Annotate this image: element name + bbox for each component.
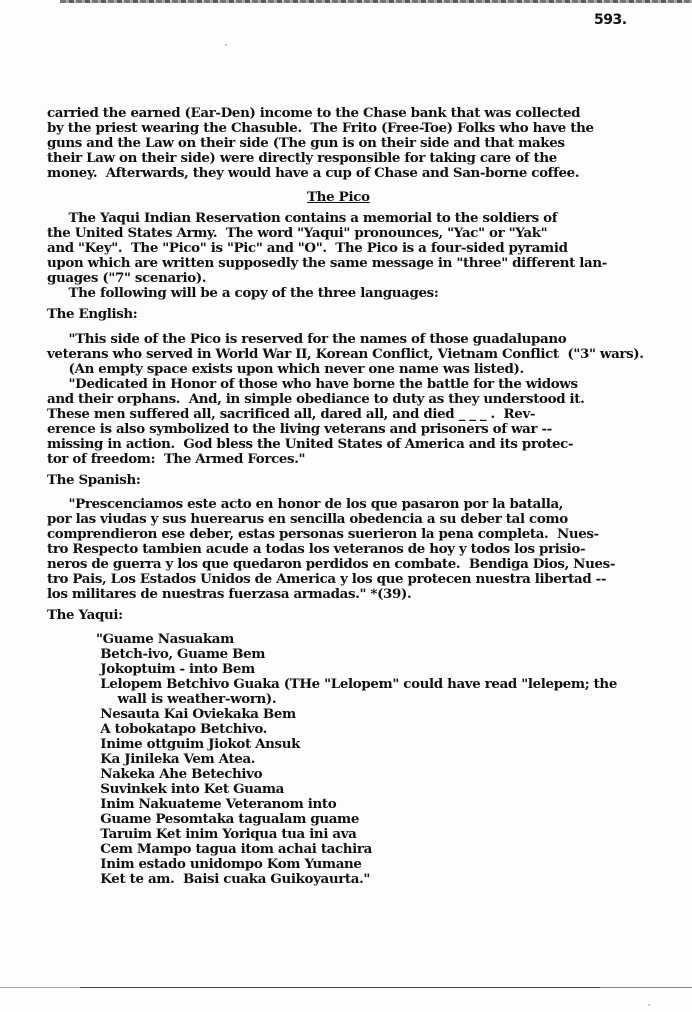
text-line: "Guame Nasuakam <box>96 632 234 647</box>
text-line: comprendieron ese deber, estas personas … <box>47 527 599 542</box>
page-number: 593. <box>594 12 627 28</box>
text-line: tro Pais, Los Estados Unidos de America … <box>47 572 606 587</box>
text-line: by the priest wearing the Chasuble. The … <box>47 121 594 136</box>
text-line: Guame Pesomtaka tagualam guame <box>96 812 359 827</box>
text-line: los militares de nuestras fuerzasa armad… <box>47 587 411 602</box>
text-line: Inim estado unidompo Kom Yumane <box>96 857 362 872</box>
scan-speck <box>648 1004 650 1006</box>
text-line: and "Key". The "Pico" is "Pic" and "O". … <box>47 241 568 256</box>
text-line: upon which are written supposedly the sa… <box>47 256 607 271</box>
text-line: veterans who served in World War II, Kor… <box>47 347 644 362</box>
text-line: Ka Jinileka Vem Atea. <box>96 752 255 767</box>
text-line: Nesauta Kai Oviekaka Bem <box>96 707 296 722</box>
text-line: Nakeka Ahe Betechivo <box>96 767 262 782</box>
page-bottom-rule <box>0 987 692 988</box>
text-line: erence is also symbolized to the living … <box>47 422 552 437</box>
text-line: (An empty space exists upon which never … <box>47 362 524 377</box>
text-line: Betch-ivo, Guame Bem <box>96 647 265 662</box>
text-line: Suvinkek into Ket Guama <box>96 782 284 797</box>
text-line: missing in action. God bless the United … <box>47 437 573 452</box>
text-line: their Law on their side) were directly r… <box>47 151 557 166</box>
text-line: tor of freedom: The Armed Forces." <box>47 452 305 467</box>
text-line: Inim Nakuateme Veteranom into <box>96 797 336 812</box>
text-line: guns and the Law on their side (The gun … <box>47 136 565 151</box>
text-line: A tobokatapo Betchivo. <box>96 722 267 737</box>
text-line: "Dedicated in Honor of those who have bo… <box>47 377 578 392</box>
text-line: money. Afterwards, they would have a cup… <box>47 166 579 181</box>
text-line: Inime ottguim Jiokot Ansuk <box>96 737 300 752</box>
text-line: and their orphans. And, in simple obedia… <box>47 392 584 407</box>
text-line: por las viudas y sus huerearus en sencil… <box>47 512 568 527</box>
text-line: Taruim Ket inim Yoriqua tua ini ava <box>96 827 356 842</box>
yaqui-label: The Yaqui: <box>47 608 123 623</box>
text-line: the United States Army. The word "Yaqui"… <box>47 226 547 241</box>
scan-speck <box>225 44 227 46</box>
text-line: The Yaqui Indian Reservation contains a … <box>47 211 557 226</box>
text-line: The following will be a copy of the thre… <box>47 286 438 301</box>
section-title: The Pico <box>307 189 370 205</box>
text-line: Cem Mampo tagua itom achai tachira <box>96 842 372 857</box>
text-line: Lelopem Betchivo Guaka (THe "Lelopem" co… <box>96 677 617 692</box>
text-line: neros de guerra y los que quedaron perdi… <box>47 557 615 572</box>
text-line: Ket te am. Baisi cuaka Guikoyaurta." <box>96 872 370 887</box>
spanish-label: The Spanish: <box>47 473 140 488</box>
text-line: "This side of the Pico is reserved for t… <box>47 332 566 347</box>
text-line: "Prescenciamos este acto en honor de los… <box>47 497 563 512</box>
text-line: carried the earned (Ear-Den) income to t… <box>47 106 580 121</box>
text-line: These men suffered all, sacrificed all, … <box>47 407 535 422</box>
text-line: guages ("7" scenario). <box>47 271 206 286</box>
scan-edge-artifact <box>60 0 692 3</box>
english-label: The English: <box>47 307 137 322</box>
text-line: Jokoptuim - into Bem <box>96 662 255 677</box>
text-line: tro Respecto tambien acude a todas los v… <box>47 542 585 557</box>
text-line: wall is weather-worn). <box>96 692 276 707</box>
